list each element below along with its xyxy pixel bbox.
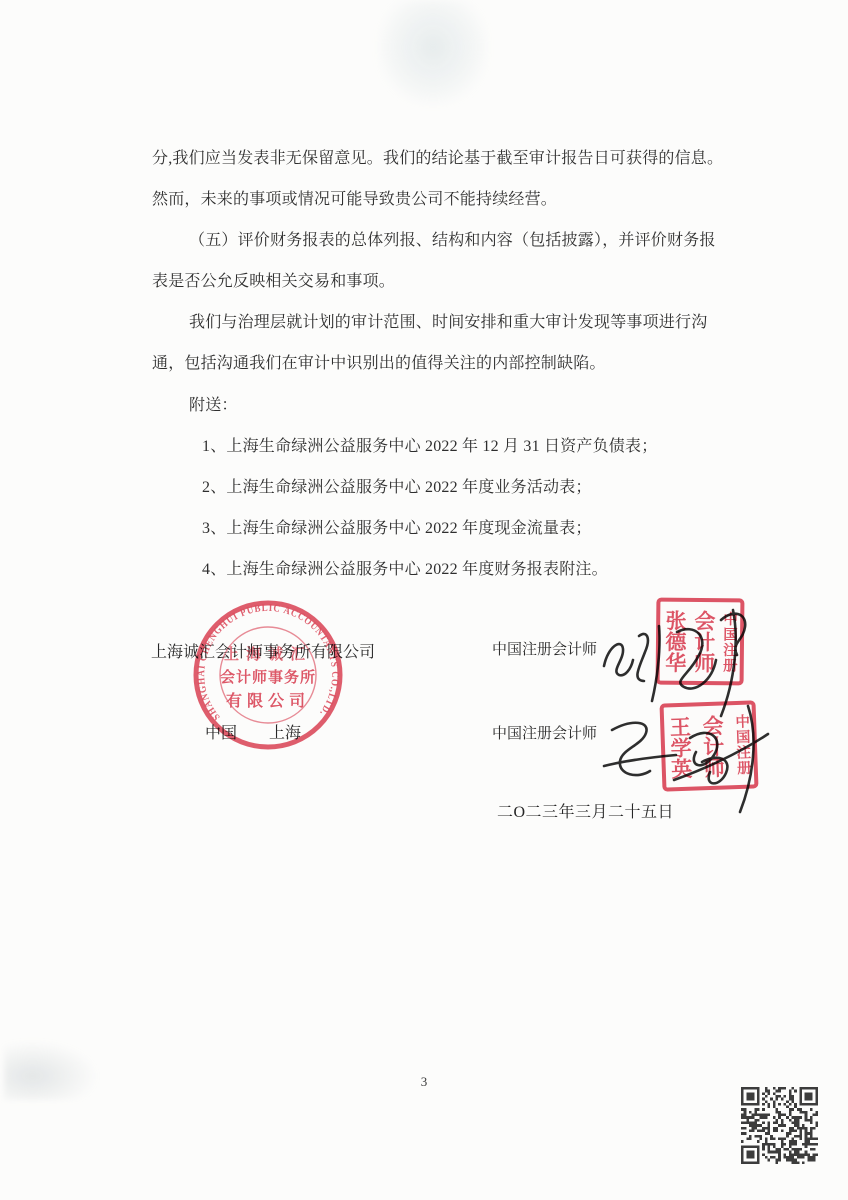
scan-smudge-top xyxy=(378,0,488,105)
qr-code-icon xyxy=(741,1087,818,1164)
seal-center-line3: 有限公司 xyxy=(226,691,310,710)
document-page: 分,我们应当发表非无保留意见。我们的结论基于截至审计报告日可获得的信息。 然而，… xyxy=(0,0,848,1200)
attachment-item: 1、上海生命绿洲公益服务中心 2022 年 12 月 31 日资产负债表； xyxy=(152,433,657,455)
attachments-heading: 附送： xyxy=(152,392,238,414)
cpa-label-1: 中国注册会计师 xyxy=(492,638,597,659)
page-number: 3 xyxy=(0,1074,848,1090)
attachment-item: 3、上海生命绿洲公益服务中心 2022 年度现金流量表； xyxy=(152,515,592,537)
body-line: 表是否公允反映相关交易和事项。 xyxy=(152,268,395,290)
scan-smudge-bottom-left xyxy=(4,1040,99,1100)
attachment-item: 4、上海生命绿洲公益服务中心 2022 年度财务报表附注。 xyxy=(152,556,608,578)
seal-center-line1: 上海诚汇 xyxy=(224,645,312,663)
body-line: 分,我们应当发表非无保留意见。我们的结论基于截至审计报告日可获得的信息。 xyxy=(152,145,723,167)
body-line: 然而，未来的事项或情况可能导致贵公司不能持续经营。 xyxy=(152,186,557,208)
body-line: 通，包括沟通我们在审计中识别出的值得关注的内部控制缺陷。 xyxy=(152,350,606,372)
firm-round-seal-icon: SHANGHAI CHENGHUI PUBLIC ACCOUNTANTS CO.… xyxy=(188,595,348,755)
seal-center-line2: 会计师事务所 xyxy=(220,668,316,686)
cpa-signature-2 xyxy=(596,694,796,826)
body-line: （五）评价财务报表的总体列报、结构和内容（包括披露），并评价财务报 xyxy=(152,227,716,249)
cpa-label-2: 中国注册会计师 xyxy=(492,722,597,743)
body-line: 我们与治理层就计划的审计范围、时间安排和重大审计发现等事项进行沟 xyxy=(152,309,707,331)
attachment-item: 2、上海生命绿洲公益服务中心 2022 年度业务活动表； xyxy=(152,474,592,496)
